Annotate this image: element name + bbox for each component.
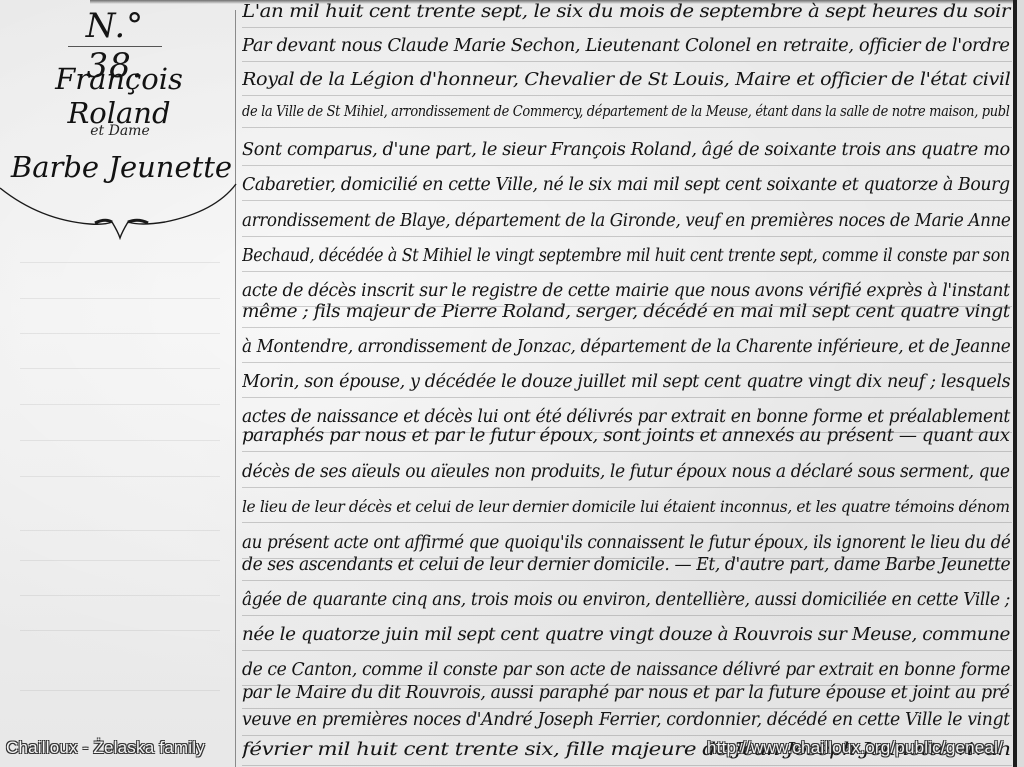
bleed-through-line	[20, 595, 220, 596]
register-page: N.° 38. François Roland et Dame Barbe Je…	[0, 0, 1024, 767]
bride-name: Barbe Jeunette	[4, 150, 239, 184]
text-line: Cabaretier, domicilié en cette Ville, né…	[242, 175, 1012, 209]
page-edge-strip	[1017, 0, 1024, 767]
text-line: âgée de quarante cinq ans, trois mois ou…	[242, 590, 1012, 624]
groom-name: François Roland	[4, 62, 234, 130]
text-line: Bechaud, décédée à St Mihiel le vingt se…	[242, 246, 1012, 280]
margin-heading: N.° 38. François Roland et Dame Barbe Je…	[0, 0, 235, 250]
bleed-through-line	[20, 690, 220, 691]
text-line: Morin, son épouse, y décédée le douze ju…	[242, 372, 1012, 406]
url-watermark: http://www.chailloux.org/public/geneal/	[707, 738, 1003, 758]
text-line: paraphés par nous et par le futur époux,…	[242, 426, 1012, 460]
bleed-through-line	[20, 262, 220, 263]
family-watermark: Chailloux - Żelaska family	[6, 738, 205, 758]
text-line: à Montendre, arrondissement de Jonzac, d…	[242, 337, 1012, 371]
bleed-through-line	[20, 333, 220, 334]
bleed-through-line	[20, 298, 220, 299]
text-line: décès de ses aïeuls ou aïeules non produ…	[242, 462, 1012, 496]
text-line: même ; fils majeur de Pierre Roland, ser…	[242, 302, 1012, 336]
record-text-block: L'an mil huit cent trente sept, le six d…	[242, 0, 1012, 767]
text-line: Royal de la Légion d'honneur, Chevalier …	[242, 70, 1012, 104]
bleed-through-line	[20, 440, 220, 441]
cartouche-flourish-icon	[0, 180, 240, 240]
act-number-underline	[68, 46, 162, 47]
text-line: de la Ville de St Mihiel, arrondissement…	[242, 102, 1012, 136]
bleed-through-line	[20, 368, 220, 369]
bleed-through-line	[20, 404, 220, 405]
margin-rule	[235, 10, 236, 767]
text-line: née le quatorze juin mil sept cent quatr…	[242, 625, 1012, 659]
bleed-through-line	[20, 560, 220, 561]
text-line: arrondissement de Blaye, département de …	[242, 211, 1012, 245]
text-line: le lieu de leur décès et celui de leur d…	[242, 497, 1012, 531]
text-line: Par devant nous Claude Marie Sechon, Lie…	[242, 36, 1012, 70]
text-line: L'an mil huit cent trente sept, le six d…	[242, 2, 1012, 36]
text-line: de ses ascendants et celui de leur derni…	[242, 555, 1012, 589]
conjunction-text: et Dame	[60, 123, 180, 139]
bleed-through-line	[20, 630, 220, 631]
text-line: Sont comparus, d'une part, le sieur Fran…	[242, 140, 1012, 174]
bleed-through-line	[20, 530, 220, 531]
bleed-through-line	[20, 476, 220, 477]
